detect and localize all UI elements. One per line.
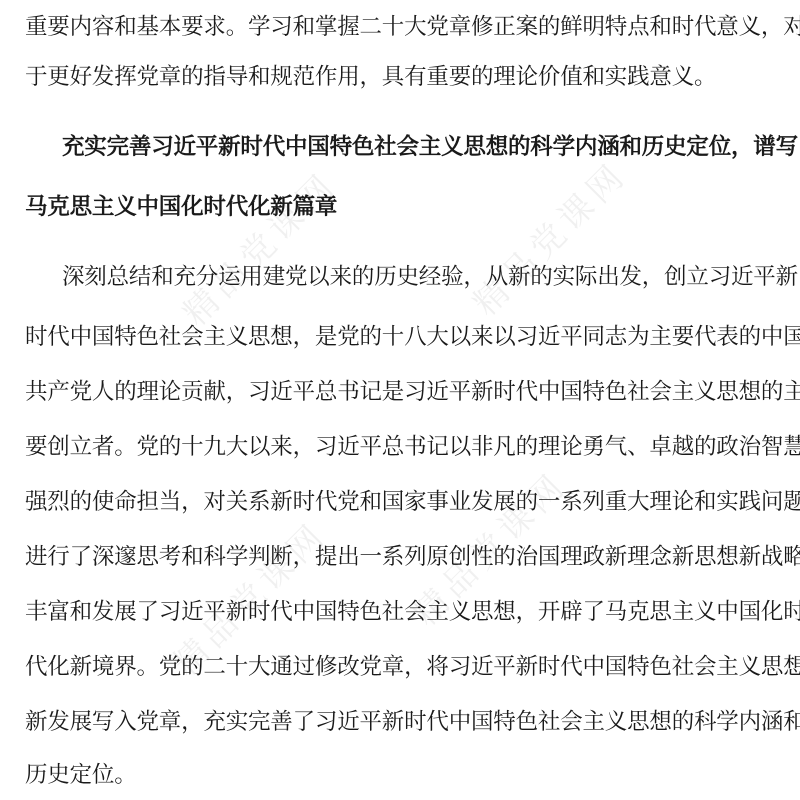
text-line-1: 于更好发挥党章的指导和规范作用，具有重要的理论价值和实践意义。	[25, 62, 785, 92]
text-line-0: 重要内容和基本要求。学习和掌握二十大党章修正案的鲜明特点和时代意义，对	[25, 12, 785, 42]
text-line-4: 深刻总结和充分运用建党以来的历史经验，从新的实际出发，创立习近平新	[62, 262, 800, 292]
section-heading-line-1: 充实完善习近平新时代中国特色社会主义思想的科学内涵和历史定位，谱写	[62, 132, 800, 162]
text-line-10: 丰富和发展了习近平新时代中国特色社会主义思想，开辟了马克思主义中国化时	[25, 597, 785, 627]
document-page: 重要内容和基本要求。学习和掌握二十大党章修正案的鲜明特点和时代意义，对 于更好发…	[0, 0, 800, 800]
text-line-5: 时代中国特色社会主义思想，是党的十八大以来以习近平同志为主要代表的中国	[25, 322, 785, 352]
text-line-8: 强烈的使命担当，对关系新时代党和国家事业发展的一系列重大理论和实践问题	[25, 487, 785, 517]
text-line-11: 代化新境界。党的二十大通过修改党章，将习近平新时代中国特色社会主义思想	[25, 652, 785, 682]
text-line-7: 要创立者。党的十九大以来，习近平总书记以非凡的理论勇气、卓越的政治智慧、	[25, 432, 785, 462]
watermark: 精品党课网	[460, 149, 636, 325]
text-line-6: 共产党人的理论贡献，习近平总书记是习近平新时代中国特色社会主义思想的主	[25, 377, 785, 407]
section-heading-line-2: 马克思主义中国化时代化新篇章	[25, 192, 785, 222]
text-line-13: 历史定位。	[25, 760, 785, 790]
text-line-12: 新发展写入党章，充实完善了习近平新时代中国特色社会主义思想的科学内涵和	[25, 707, 785, 737]
watermark: 精品党课网	[170, 159, 346, 335]
text-line-9: 进行了深邃思考和科学判断，提出一系列原创性的治国理政新理念新思想新战略，	[25, 542, 785, 572]
